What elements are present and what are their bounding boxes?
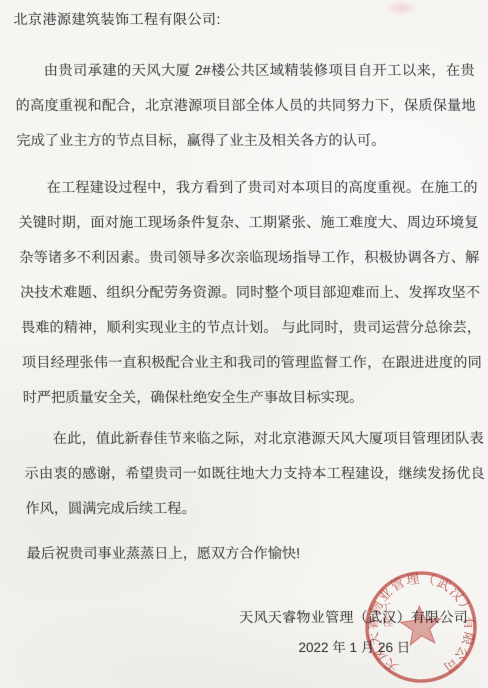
signature-company: 天风天睿物业管理（武汉）有限公司	[239, 600, 469, 635]
body-line: 杂等诸多不利因素。贵司领导多次亲临现场指导工作，积极协调各方、解	[19, 241, 480, 276]
recipient-line: 北京港源建筑装饰工程有限公司:	[13, 6, 474, 32]
body-line: 在工程建设过程中，我方看到了贵司对本项目的高度重视。在施工的	[17, 171, 478, 206]
body-line: 时严把质量安全关，确保杜绝安全生产事故目标实现。	[22, 381, 483, 416]
letter-body: 由贵司承建的天风大厦 2#楼公共区域精装修项目自开工以来，在贵司的高度重视和配合…	[14, 54, 486, 527]
body-line: 由贵司承建的天风大厦 2#楼公共区域精装修项目自开工以来，在贵司	[14, 54, 475, 89]
body-line: 完成了业主方的节点目标，赢得了业主及相关各方的认可。	[16, 124, 477, 159]
body-line: 项目经理张伟一直积极配合业主和我司的管理监督工作，在跟进进度的同	[21, 346, 482, 381]
body-line: 畏难的精神，顺利实现业主的节点计划。 与此同时，贵司运营分总徐芸，	[21, 311, 482, 346]
body-line: 关键时期，面对施工现场条件复杂、工期紧张、施工难度大、周边环境复	[18, 206, 479, 241]
closing-line: 最后祝贵司事业蒸蒸日上，愿双方合作愉快!	[26, 537, 487, 572]
letter-content: 北京港源建筑装饰工程有限公司: 由贵司承建的天风大厦 2#楼公共区域精装修项目自…	[0, 0, 488, 661]
body-line: 决技术难题、组织分配劳务资源。同时整个项目部迎难而上、发挥攻坚不	[20, 276, 481, 311]
body-line: 示由衷的感谢，希望贵司一如既往地大力支持本工程建设，继续发扬优良	[24, 457, 485, 492]
signature-block: 天风天睿物业管理（武汉）有限公司 2022 年 1 月 26 日	[239, 600, 469, 661]
body-line: 的高度重视和配合，北京港源项目部全体人员的共同努力下，保质保量地	[15, 89, 476, 124]
body-line: 作风，圆满完成后续工程。	[25, 492, 486, 527]
paragraph: 在此，值此新春佳节来临之际，对北京港源天风大厦项目管理团队表示由衷的感谢，希望贵…	[23, 422, 486, 527]
letter-page: 北京港源建筑装饰工程有限公司: 由贵司承建的天风大厦 2#楼公共区域精装修项目自…	[0, 0, 488, 688]
paragraph: 由贵司承建的天风大厦 2#楼公共区域精装修项目自开工以来，在贵司的高度重视和配合…	[14, 54, 477, 159]
signature-date: 2022 年 1 月 26 日	[240, 635, 469, 661]
paragraph: 在工程建设过程中，我方看到了贵司对本项目的高度重视。在施工的关键时期，面对施工现…	[17, 171, 483, 416]
body-line: 在此，值此新春佳节来临之际，对北京港源天风大厦项目管理团队表	[23, 422, 484, 457]
